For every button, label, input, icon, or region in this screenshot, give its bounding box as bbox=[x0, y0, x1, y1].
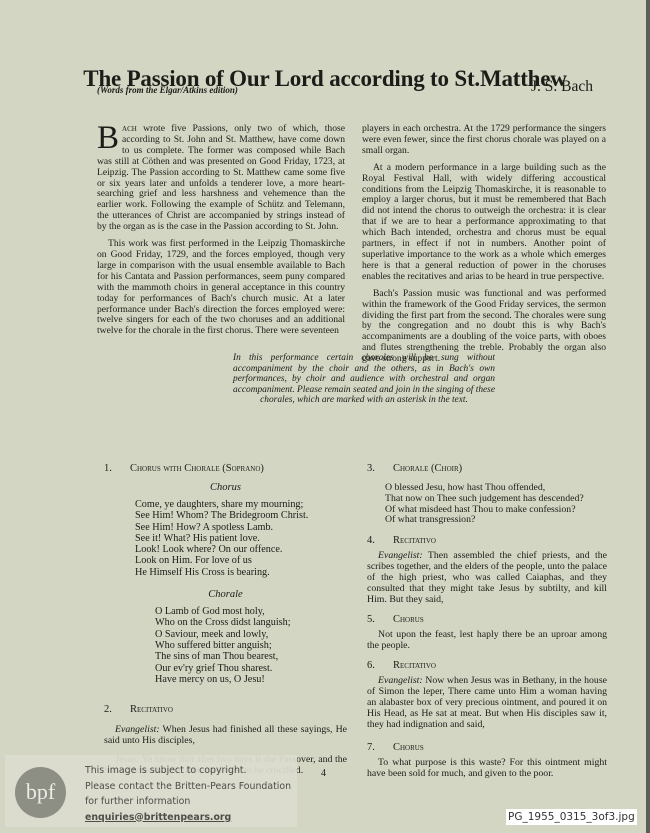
page-edge-shadow bbox=[646, 0, 650, 833]
section-heading: 7.Chorus bbox=[367, 742, 607, 753]
programme-page: The Passion of Our Lord according to St.… bbox=[0, 0, 646, 833]
section-heading: 6.Recitativo bbox=[367, 660, 607, 671]
chorale-text: O Lamb of God most holy, Who on the Cros… bbox=[155, 606, 347, 685]
copyright-notice: This image is subject to copyright. Plea… bbox=[85, 763, 291, 825]
libretto-column-right: 3.Chorale (Choir) O blessed Jesu, how ha… bbox=[367, 463, 607, 779]
intro-column-right: players in each orchestra. At the 1729 p… bbox=[362, 124, 606, 371]
section-heading: 5.Chorus bbox=[367, 614, 607, 625]
chorus-text: Not upon the feast, lest haply there be … bbox=[367, 629, 607, 651]
drop-cap: B bbox=[97, 125, 119, 152]
copyright-watermark: bpf This image is subject to copyright. … bbox=[5, 755, 297, 827]
contact-email-link[interactable]: enquiries@brittenpears.org bbox=[85, 810, 291, 826]
composer-name: J. S. Bach bbox=[531, 78, 593, 96]
recitative-text: Evangelist: When Jesus had finished all … bbox=[104, 724, 347, 746]
verse-label: Chorale bbox=[104, 589, 347, 600]
section-heading: 4.Recitativo bbox=[367, 535, 607, 546]
recitative-text: Evangelist: Then assembled the chief pri… bbox=[367, 550, 607, 605]
page-number: 4 bbox=[321, 768, 326, 779]
intro-paragraph: Bach wrote five Passions, only two of wh… bbox=[97, 124, 345, 233]
section-heading: 1.Chorus with Chorale (Soprano) bbox=[104, 463, 347, 474]
intro-paragraph: This work was first performed in the Lei… bbox=[97, 239, 345, 337]
image-filename-label: PG_1955_0315_3of3.jpg bbox=[506, 809, 637, 825]
edition-note: (Words from the Elgar/Atkins edition) bbox=[97, 85, 238, 95]
bpf-logo-icon: bpf bbox=[15, 767, 66, 818]
recitative-text: Evangelist: Now when Jesus was in Bethan… bbox=[367, 675, 607, 730]
verse-label: Chorus bbox=[104, 482, 347, 493]
audience-notice: In this performance certain chorales wil… bbox=[233, 353, 495, 406]
intro-column-left: Bach wrote five Passions, only two of wh… bbox=[97, 124, 345, 343]
chorus-text: Come, ye daughters, share my mourning; S… bbox=[135, 499, 347, 578]
intro-paragraph: players in each orchestra. At the 1729 p… bbox=[362, 124, 606, 157]
section-heading: 3.Chorale (Choir) bbox=[367, 463, 607, 474]
chorus-text: To what purpose is this waste? For this … bbox=[367, 757, 607, 779]
section-heading: 2.Recitativo bbox=[104, 704, 347, 715]
intro-paragraph: At a modern performance in a large build… bbox=[362, 163, 606, 283]
chorale-text: O blessed Jesu, how hast Thou offended, … bbox=[385, 483, 607, 526]
libretto-column-left: 1.Chorus with Chorale (Soprano) Chorus C… bbox=[104, 463, 347, 776]
